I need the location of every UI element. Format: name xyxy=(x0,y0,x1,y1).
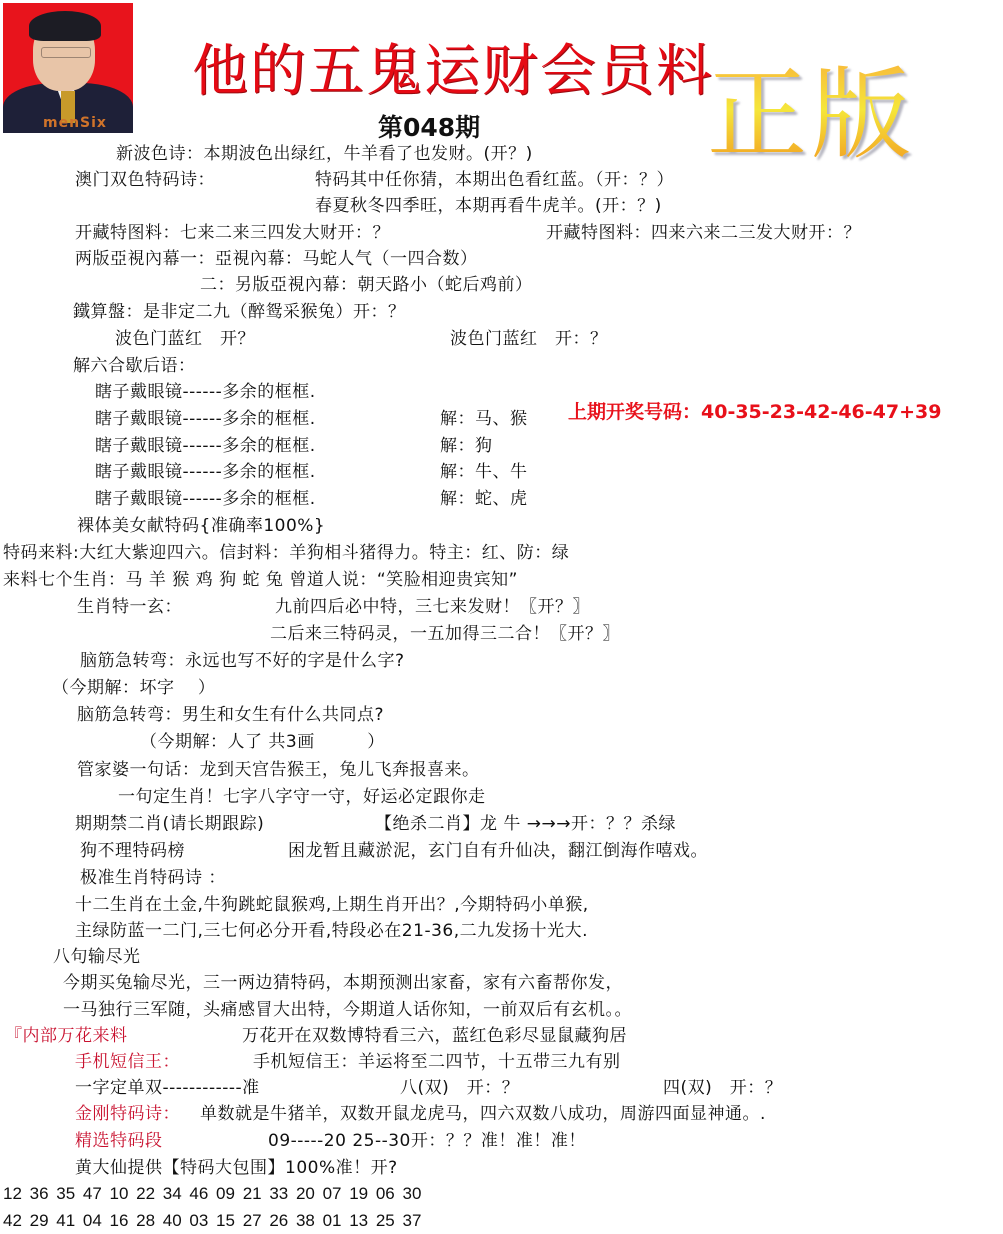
special-code-claim: 裸体美女献特码{准确率100%} xyxy=(77,515,325,537)
macau-poem-line1: 特码其中任你猜，本期出色看红蓝。（开：？） xyxy=(315,169,674,191)
last-draw-label: 上期开奖号码： xyxy=(568,401,701,423)
brain-teaser-2: 脑筋急转弯：男生和女生有什么共同点? xyxy=(77,704,384,726)
brain-teaser-2-answer: （今期解：人了 共3画 ） xyxy=(140,731,385,753)
wave-door-2: 波色门蓝红 开：？ xyxy=(450,328,608,350)
wave-color-poem: 新波色诗：本期波色出绿红，牛羊看了也发财。(开？) xyxy=(116,143,533,165)
macau-poem-line2: 春夏秋冬四季旺，本期再看牛虎羊。(开：？) xyxy=(315,195,662,217)
hidden-chart-1: 开藏特图料：七来二来三四发大财开：？ xyxy=(75,222,390,244)
wanhua-label: 『内部万花来料 xyxy=(5,1025,128,1047)
accurate-poem-line2: 主绿防蓝一二门,三七何必分开看,特段必在21-36,二九发扬十光大. xyxy=(75,920,588,942)
zodiac-mystery-line1: 九前四后必中特，三七来发财！〖开？〗 xyxy=(275,596,590,618)
zodiac-mystery-line2: 二后来三特码灵，一五加得三二合！〖开？〗 xyxy=(270,623,620,645)
riddle-answer: 解：狗 xyxy=(440,435,493,457)
riddle-heading: 解六合歇后语： xyxy=(73,355,196,377)
seven-zodiacs: 来料七个生肖：马 羊 猴 鸡 狗 蛇 兔 曾道人说：“笑脸相迎贵宾知” xyxy=(3,569,518,591)
gou-bu-li-poem: 困龙暂且藏淤泥，玄门自有升仙决，翻江倒海作嘻戏。 xyxy=(288,840,708,862)
riddle-answer: 解：蛇、虎 xyxy=(440,488,528,510)
eight-lines-2: 一马独行三军随，头痛感冒大出特，今期道人话你知，一前双后有玄机。。 xyxy=(63,999,632,1021)
riddle-line: 瞎子戴眼镜------多余的框框. xyxy=(95,408,316,430)
eight-lines-1: 今期买兔输尽光，三一两边猜特码，本期预测出家畜，家有六畜帮你发， xyxy=(63,972,623,994)
macau-poem-label: 澳门双色特码诗： xyxy=(75,169,215,191)
riddle-line: 瞎子戴眼镜------多余的框框. xyxy=(95,461,316,483)
atv-insider-1: 两版亞視內幕一：亞視內幕：马蛇人气（一四合数） xyxy=(75,248,478,270)
portrait-logo: menSix xyxy=(43,115,107,131)
wanhua-text: 万花开在双数博特看三六，蓝红色彩尽显鼠藏狗居 xyxy=(242,1025,627,1047)
accurate-poem-label: 极准生肖特码诗 ： xyxy=(80,867,226,889)
sms-king-text: 手机短信王：羊运将至二四节，十五带三九有别 xyxy=(253,1051,621,1073)
riddle-answer: 解：牛、牛 xyxy=(440,461,528,483)
riddle-line: 瞎子戴眼镜------多余的框框. xyxy=(95,381,316,403)
sms-king-label: 手机短信王： xyxy=(75,1051,180,1073)
last-draw-result: 上期开奖号码：40-35-23-42-46-47+39 xyxy=(568,397,941,424)
wong-tai-sin-offer: 黄大仙提供【特码大包围】100%准！开? xyxy=(75,1157,398,1179)
jingang-label: 金刚特码诗： xyxy=(75,1103,180,1125)
number-grid-row-1: 12 36 35 47 10 22 34 46 09 21 33 20 07 1… xyxy=(3,1183,421,1205)
last-draw-numbers: 40-35-23-42-46-47+39 xyxy=(701,401,941,423)
special-code-source: 特码来料:大红大紫迎四六。信封料：羊狗相斗猪得力。特主：红、防：绿 xyxy=(3,542,569,564)
kill-two-zodiacs: 【绝杀二肖】龙 牛 →→→开：？？杀绿 xyxy=(375,813,676,835)
iron-abacus: 鐵算盤：是非定二九（醉鸳采猴兔）开：？ xyxy=(73,301,406,323)
number-grid-row-2: 42 29 41 04 16 28 40 03 15 27 26 38 01 1… xyxy=(3,1210,421,1232)
odd-even-pick-1: 八(双) 开：？ xyxy=(400,1077,519,1099)
accurate-poem-line1: 十二生肖在土金,牛狗跳蛇鼠猴鸡,上期生肖开出？,今期特码小单猴, xyxy=(75,894,589,916)
atv-insider-2: 二：另版亞視內幕：朝天路小（蛇后鸡前） xyxy=(200,274,533,296)
selected-range-label: 精选特码段 xyxy=(75,1130,163,1152)
genuine-stamp: 正版 xyxy=(707,60,915,170)
wave-door-1: 波色门蓝红 开？ xyxy=(115,328,255,350)
odd-even-pick-2: 四(双) 开：？ xyxy=(663,1077,782,1099)
eight-lines-heading: 八句输尽光 xyxy=(53,946,141,968)
riddle-line: 瞎子戴眼镜------多余的框框. xyxy=(95,435,316,457)
odd-even-label: 一字定单双------------准 xyxy=(75,1077,260,1099)
zodiac-mystery-label: 生肖特一玄： xyxy=(77,596,182,618)
hidden-chart-2: 开藏特图料：四来六来二三发大财开：？ xyxy=(546,222,861,244)
one-line-zodiac: 一句定生肖！七字八字守一守，好运必定跟你走 xyxy=(118,786,486,808)
portrait-image: menSix xyxy=(3,3,133,133)
brain-teaser-1: 脑筋急转弯：永远也写不好的字是什么字? xyxy=(80,650,405,672)
page-title: 他的五鬼运财会员料 xyxy=(192,40,714,104)
jingang-text: 单数就是牛猪羊，双数开鼠龙虎马，四六双数八成功，周游四面显神通。. xyxy=(200,1103,766,1125)
selected-range-text: 09-----20 25--30开：？？准！准！准！ xyxy=(268,1130,586,1152)
riddle-answer: 解：马、猴 xyxy=(440,408,528,430)
portrait-glasses xyxy=(41,47,91,58)
gou-bu-li-label: 狗不理特码榜 xyxy=(80,840,185,862)
issue-number: 第048期 xyxy=(378,108,480,144)
portrait-hair xyxy=(29,11,101,41)
brain-teaser-1-answer: （今期解：坏字 ） xyxy=(52,677,215,699)
housekeeper-saying: 管家婆一句话：龙到天宫告猴王，兔儿飞奔报喜来。 xyxy=(77,759,480,781)
banned-zodiacs-label: 期期禁二肖(请长期跟踪) xyxy=(75,813,264,835)
riddle-line: 瞎子戴眼镜------多余的框框. xyxy=(95,488,316,510)
